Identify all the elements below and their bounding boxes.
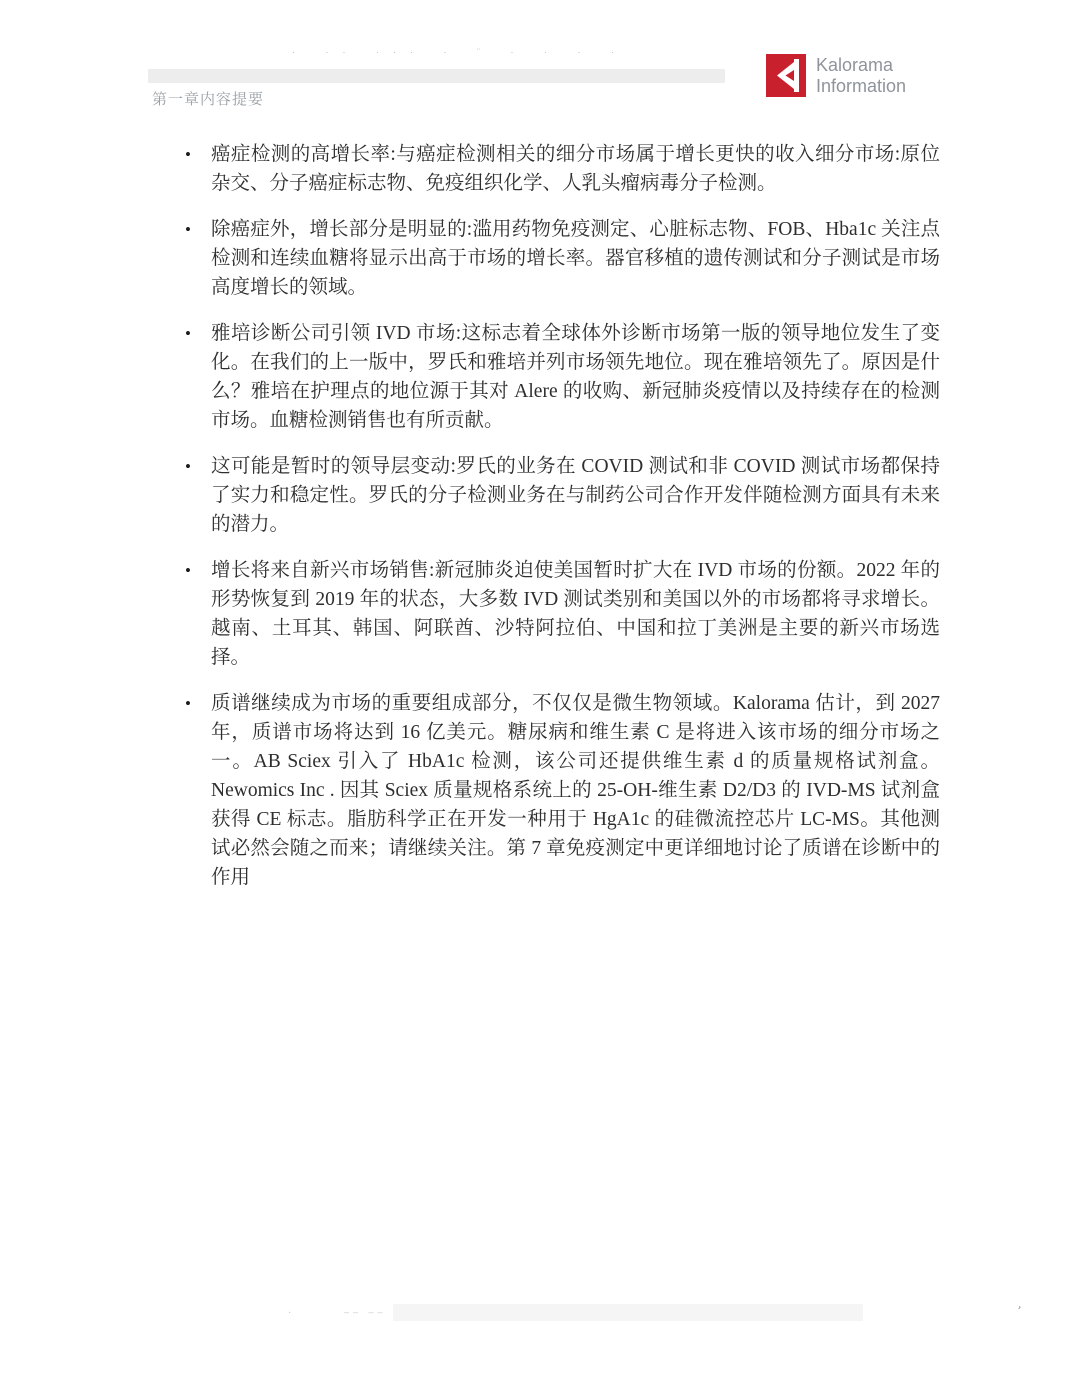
bullet-item-non-cancer-growth: • 除癌症外，增长部分是明显的:滥用药物免疫测定、心脏标志物、FOB、Hba1c…	[185, 215, 940, 302]
bullet-item-cancer-growth: • 癌症检测的高增长率:与癌症检测相关的细分市场属于增长更快的收入细分市场:原位…	[185, 140, 940, 198]
kalorama-logo-text: Kalorama Information	[816, 54, 906, 97]
bullet-icon: •	[185, 319, 191, 348]
bullet-text: 除癌症外，增长部分是明显的:滥用药物免疫测定、心脏标志物、FOB、Hba1c 关…	[211, 219, 940, 298]
bullet-icon: •	[185, 215, 191, 244]
bullet-text: 癌症检测的高增长率:与癌症检测相关的细分市场属于增长更快的收入细分市场:原位杂交…	[211, 144, 940, 194]
bullet-text: 增长将来自新兴市场销售:新冠肺炎迫使美国暂时扩大在 IVD 市场的份额。2022…	[211, 560, 940, 668]
bullet-icon: •	[185, 140, 191, 169]
kalorama-logo-icon	[766, 54, 806, 97]
bullet-icon: •	[185, 556, 191, 585]
logo-line-1: Kalorama	[816, 55, 906, 76]
bullet-icon: •	[185, 689, 191, 718]
footer-corner-mark: ’	[1014, 1303, 1021, 1319]
bullet-text: 这可能是暂时的领导层变动:罗氏的业务在 COVID 测试和非 COVID 测试市…	[211, 456, 940, 535]
footer-faded-dot: ·	[288, 1308, 291, 1319]
chapter-header-label: 第一章内容提要	[152, 88, 264, 109]
bullet-item-mass-spectrometry: • 质谱继续成为市场的重要组成部分，不仅仅是微生物领域。Kalorama 估计，…	[185, 689, 940, 892]
document-page: · ·· ··· · ¨ · · · · 第一章内容提要 Kalorama In…	[0, 0, 1080, 1396]
kalorama-logo: Kalorama Information	[766, 54, 906, 97]
bullet-text: 质谱继续成为市场的重要组成部分，不仅仅是微生物领域。Kalorama 估计，到 …	[211, 693, 940, 888]
bullet-item-emerging-markets: • 增长将来自新兴市场销售:新冠肺炎迫使美国暂时扩大在 IVD 市场的份额。20…	[185, 556, 940, 672]
bullet-text: 雅培诊断公司引领 IVD 市场:这标志着全球体外诊断市场第一版的领导地位发生了变…	[211, 323, 940, 431]
bullet-icon: •	[185, 452, 191, 481]
bullet-item-temporary-leadership: • 这可能是暂时的领导层变动:罗氏的业务在 COVID 测试和非 COVID 测…	[185, 452, 940, 539]
bullet-item-abbott-leads-ivd: • 雅培诊断公司引领 IVD 市场:这标志着全球体外诊断市场第一版的领导地位发生…	[185, 319, 940, 435]
header-divider-bar	[148, 69, 725, 83]
summary-bullet-list: • 癌症检测的高增长率:与癌症检测相关的细分市场属于增长更快的收入细分市场:原位…	[185, 140, 940, 909]
logo-line-2: Information	[816, 76, 906, 97]
footer-divider-bar	[393, 1304, 863, 1321]
